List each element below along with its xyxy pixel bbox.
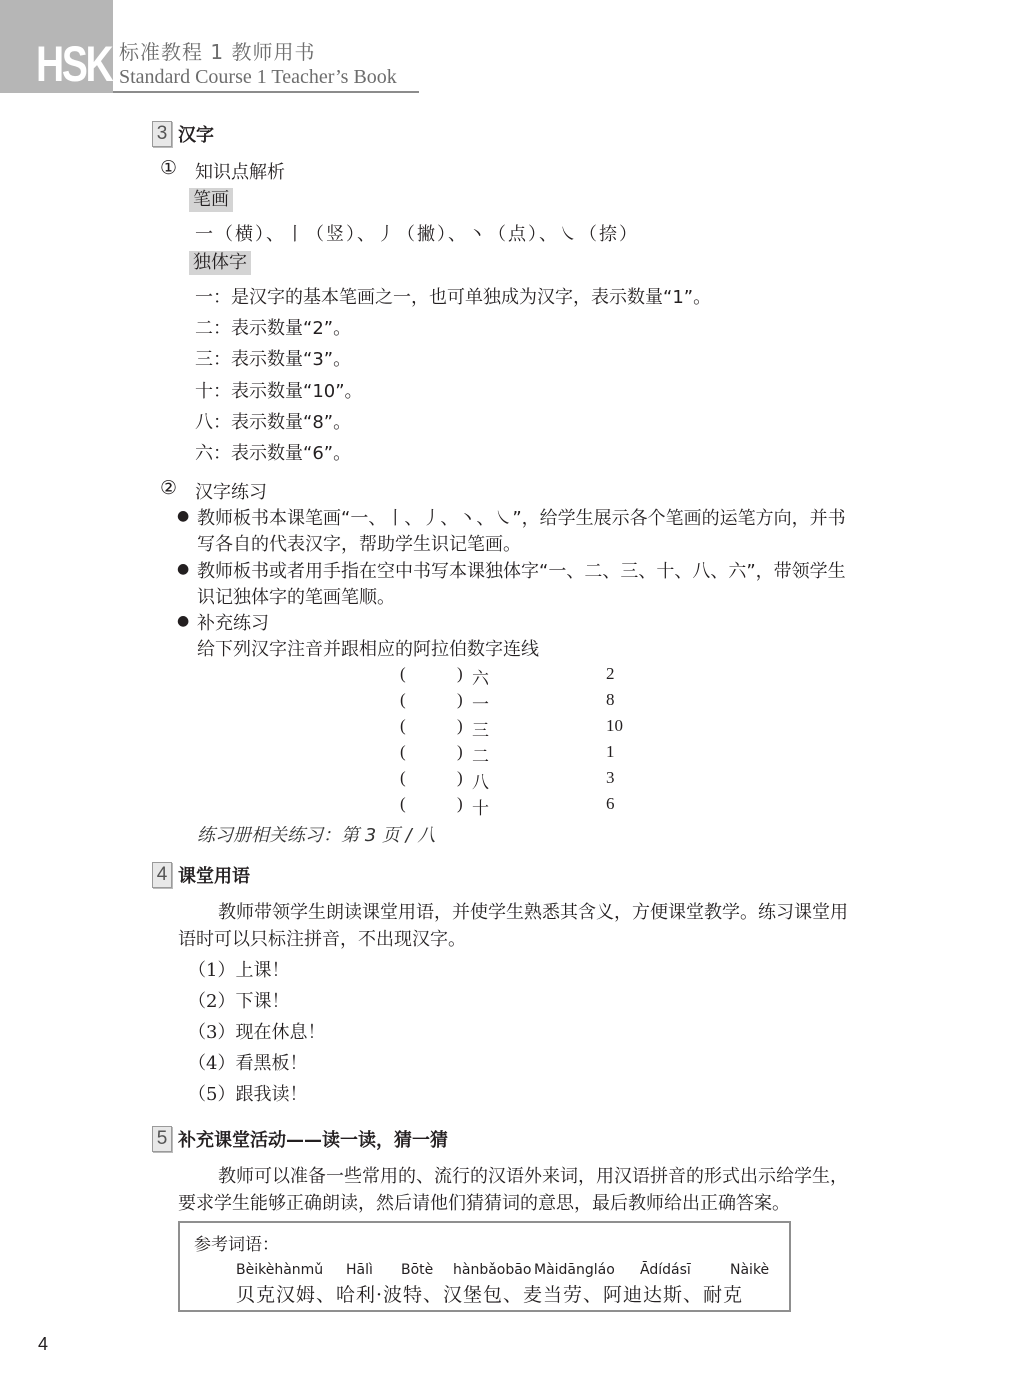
paragraph-line: 教师带领学生朗读课堂用语，并使学生熟悉其含义，方便课堂教学。练习课堂用: [218, 898, 848, 924]
bullet-text: 教师板书本课笔画“一、丨、丿、丶、㇏”，给学生展示各个笔画的运笔方向，并书: [197, 504, 846, 530]
section-5-heading: 5 补充课堂活动——读一读，猜一猜: [152, 1126, 448, 1152]
header-title-cn: 标准教程 1 教师用书: [119, 36, 315, 65]
tag-strokes: 笔画: [189, 188, 233, 212]
subsection-title: 知识点解析: [195, 158, 285, 184]
hanzi-row: 贝克汉姆、哈利·波特、汉堡包、麦当劳、阿迪达斯、耐克: [236, 1280, 743, 1307]
bullet-text: 给下列汉字注音并跟相应的阿拉伯数字连线: [197, 635, 539, 661]
bullet-icon: ●: [177, 561, 189, 577]
pinyin-word: Bèikèhànmǔ: [236, 1262, 323, 1278]
pinyin-word: Nàikè: [730, 1262, 769, 1278]
bullet-icon: ●: [177, 508, 189, 524]
pinyin-word: Ādídásī: [640, 1262, 691, 1278]
section-title: 补充课堂活动——读一读，猜一猜: [178, 1126, 448, 1152]
pinyin-word: Bōtè: [401, 1262, 433, 1278]
section-3-heading: 3 汉字: [152, 121, 214, 147]
tag-single-component: 独体字: [189, 251, 251, 275]
match-char: 三: [472, 716, 489, 741]
match-number: 3: [606, 768, 615, 788]
match-number: 2: [606, 664, 615, 684]
char-line: 一：是汉字的基本笔画之一，也可单独成为汉字，表示数量“1”。: [195, 283, 711, 309]
char-line: 十：表示数量“10”。: [195, 377, 363, 403]
section-number-badge: 4: [152, 862, 172, 888]
paren-close: ): [457, 664, 463, 684]
paragraph-line: 要求学生能够正确朗读，然后请他们猜猜词的意思，最后教师给出正确答案。: [178, 1189, 790, 1215]
page-number: 4: [38, 1334, 48, 1355]
pinyin-word: Màidāngláo: [534, 1262, 615, 1278]
circled-number-2: ②: [160, 477, 177, 499]
classroom-phrase: （3）现在休息！: [188, 1018, 325, 1044]
circled-number-1: ①: [160, 157, 177, 179]
match-number: 6: [606, 794, 615, 814]
match-char: 八: [472, 768, 489, 793]
bullet-text: 教师板书或者用手指在空中书写本课独体字“一、二、三、十、八、六”，带领学生: [197, 557, 846, 583]
paren-close: ): [457, 690, 463, 710]
char-line: 八：表示数量“8”。: [195, 408, 351, 434]
hsk-logo-block: HSK: [0, 0, 113, 93]
match-char: 二: [472, 742, 489, 767]
section-title: 汉字: [178, 121, 214, 147]
classroom-phrase: （4）看黑板！: [188, 1049, 307, 1075]
header-title-en: Standard Course 1 Teacher’s Book: [119, 66, 397, 89]
paren-open: (: [400, 664, 406, 684]
section-4-heading: 4 课堂用语: [152, 862, 250, 888]
match-char: 一: [472, 690, 489, 715]
bullet-text: 补充练习: [197, 609, 269, 635]
paren-open: (: [400, 690, 406, 710]
paragraph-line: 语时可以只标注拼音，不出现汉字。: [178, 925, 466, 951]
paren-open: (: [400, 742, 406, 762]
paren-open: (: [400, 716, 406, 736]
paren-close: ): [457, 716, 463, 736]
classroom-phrase: （1）上课！: [188, 956, 289, 982]
match-number: 1: [606, 742, 615, 762]
paren-close: ): [457, 742, 463, 762]
classroom-phrase: （2）下课！: [188, 987, 289, 1013]
char-line: 二：表示数量“2”。: [195, 314, 351, 340]
match-number: 10: [606, 716, 623, 736]
match-char: 六: [472, 664, 489, 689]
char-line: 三：表示数量“3”。: [195, 345, 351, 371]
subsection-title: 汉字练习: [195, 478, 267, 504]
bullet-text: 识记独体字的笔画笔顺。: [197, 583, 395, 609]
pinyin-word: hànbǎobāo: [453, 1262, 531, 1278]
match-number: 8: [606, 690, 615, 710]
char-line: 六：表示数量“6”。: [195, 439, 351, 465]
paren-open: (: [400, 768, 406, 788]
paragraph-line: 教师可以准备一些常用的、流行的汉语外来词，用汉语拼音的形式出示给学生，: [218, 1162, 848, 1188]
strokes-line: 一（横）、丨（竖）、丿（撇）、丶（点）、㇏（捺）: [195, 220, 639, 246]
hsk-logo: HSK: [36, 34, 111, 94]
classroom-phrase: （5）跟我读！: [188, 1080, 307, 1106]
reference-words-label: 参考词语：: [194, 1230, 279, 1255]
paren-open: (: [400, 794, 406, 814]
workbook-reference: 练习册相关练习：第 3 页 / 八: [197, 821, 435, 847]
bullet-icon: ●: [177, 613, 189, 629]
bullet-text: 写各自的代表汉字，帮助学生识记笔画。: [197, 530, 521, 556]
section-number-badge: 3: [152, 121, 172, 147]
pinyin-word: Hālì: [346, 1262, 373, 1278]
section-title: 课堂用语: [178, 862, 250, 888]
section-number-badge: 5: [152, 1126, 172, 1152]
match-char: 十: [472, 794, 489, 819]
paren-close: ): [457, 768, 463, 788]
paren-close: ): [457, 794, 463, 814]
header-underline: [113, 91, 419, 93]
